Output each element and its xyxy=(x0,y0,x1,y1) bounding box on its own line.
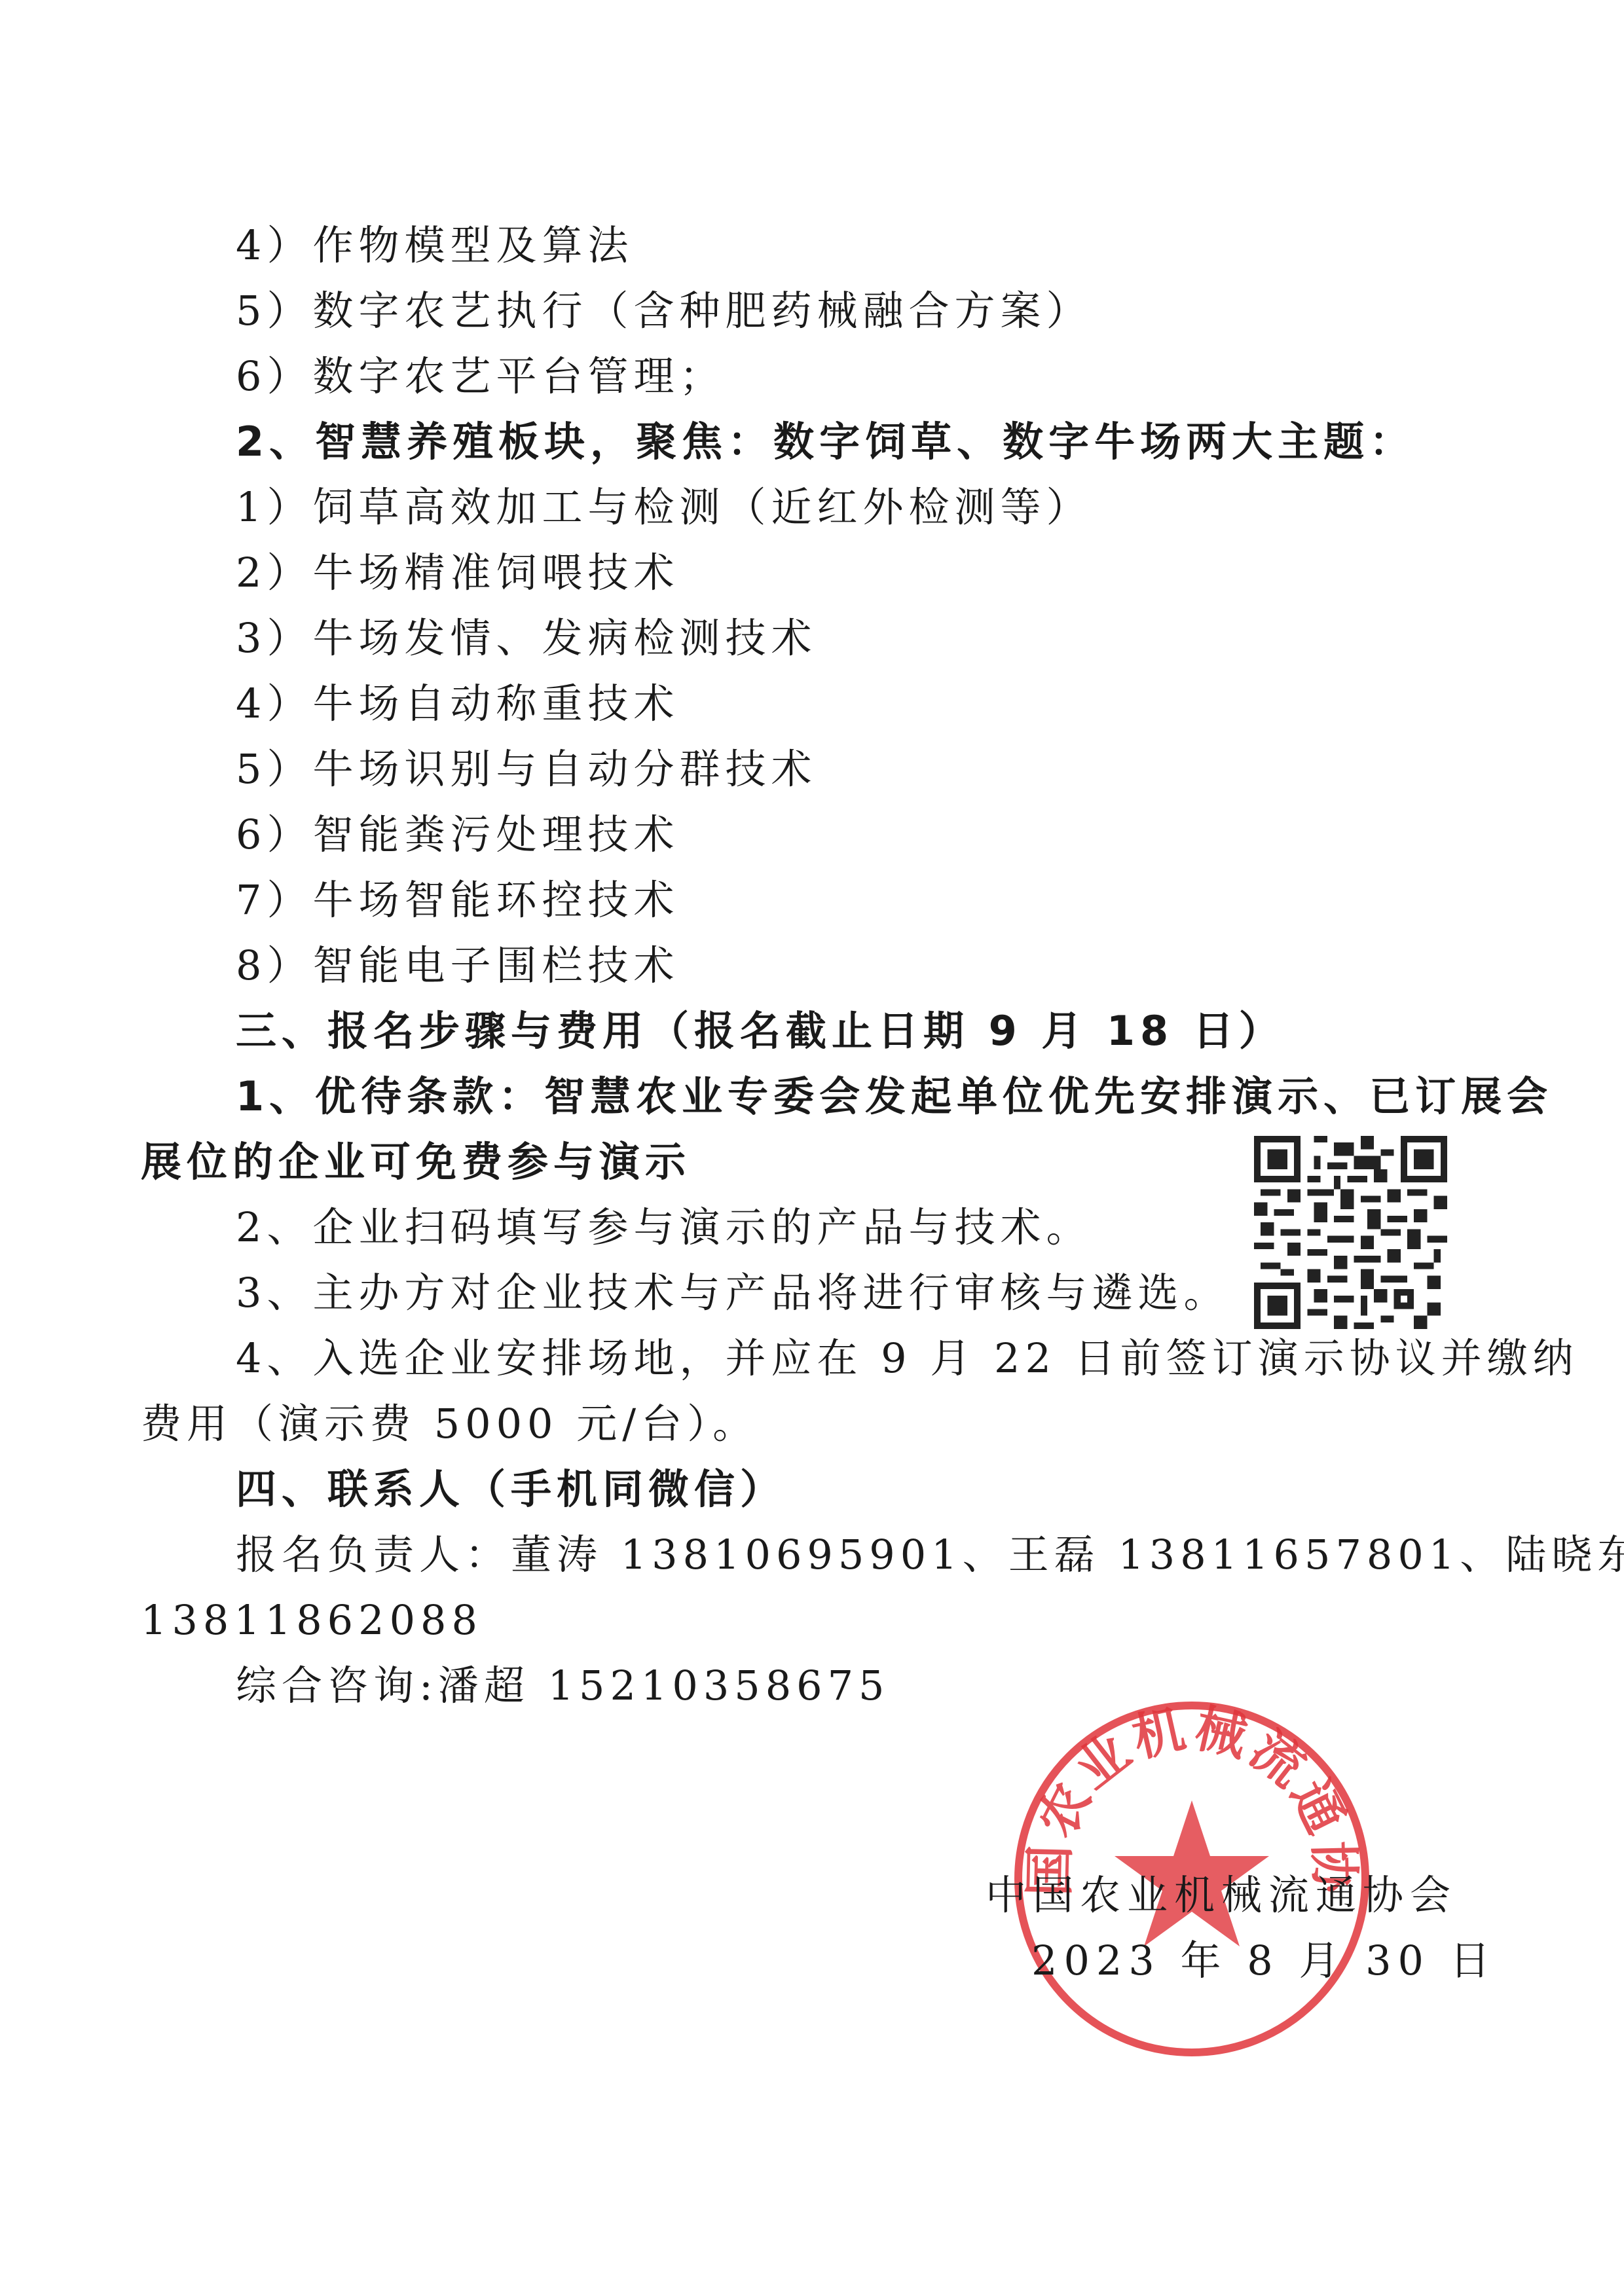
paragraph: 3、主办方对企业技术与产品将进行审核与遴选。 xyxy=(236,1267,1229,1319)
section-heading: 2、智慧养殖板块，聚焦：数字饲草、数字牛场两大主题： xyxy=(236,416,1415,468)
list-item: 7）牛场智能环控技术 xyxy=(236,874,679,926)
list-item: 3）牛场发情、发病检测技术 xyxy=(236,612,817,665)
section-heading: 四、联系人（手机同微信） xyxy=(236,1463,786,1516)
contacts: 报名负责人：董涛 13810695901、王磊 13811657801、陆晓东 xyxy=(236,1529,1624,1581)
paragraph: 展位的企业可免费参与演示 xyxy=(141,1136,691,1188)
paragraph: 费用（演示费 5000 元/台）。 xyxy=(141,1398,758,1450)
list-item: 6）智能粪污处理技术 xyxy=(236,809,679,861)
list-item: 5）数字农艺执行（含种肥药械融合方案） xyxy=(236,285,1092,337)
consult-contact: 综合咨询:潘超 15210358675 xyxy=(236,1660,890,1712)
list-item: 4）作物模型及算法 xyxy=(236,219,633,272)
list-item: 5）牛场识别与自动分群技术 xyxy=(236,743,817,795)
qr-code-icon[interactable] xyxy=(1254,1136,1447,1329)
list-item: 4）牛场自动称重技术 xyxy=(236,678,679,730)
issuing-organization: 中国农业机械流通协会 xyxy=(986,1869,1457,1922)
paragraph: 2、企业扫码填写参与演示的产品与技术。 xyxy=(236,1201,1092,1254)
list-item: 2）牛场精准饲喂技术 xyxy=(236,547,679,599)
list-item: 8）智能电子围栏技术 xyxy=(236,939,679,992)
issue-date: 2023 年 8 月 30 日 xyxy=(1031,1935,1497,1987)
contacts: 13811862088 xyxy=(141,1594,483,1647)
paragraph: 4、入选企业安排场地，并应在 9 月 22 日前签订演示协议并缴纳 xyxy=(236,1332,1579,1385)
list-item: 1）饲草高效加工与检测（近红外检测等） xyxy=(236,481,1092,534)
document-page: 4）作物模型及算法 5）数字农艺执行（含种肥药械融合方案） 6）数字农艺平台管理… xyxy=(0,0,1624,2296)
paragraph: 1、优待条款：智慧农业专委会发起单位优先安排演示、已订展会 xyxy=(236,1070,1553,1123)
list-item: 6）数字农艺平台管理； xyxy=(236,350,725,403)
section-heading: 三、报名步骤与费用（报名截止日期 9 月 18 日） xyxy=(236,1005,1285,1057)
